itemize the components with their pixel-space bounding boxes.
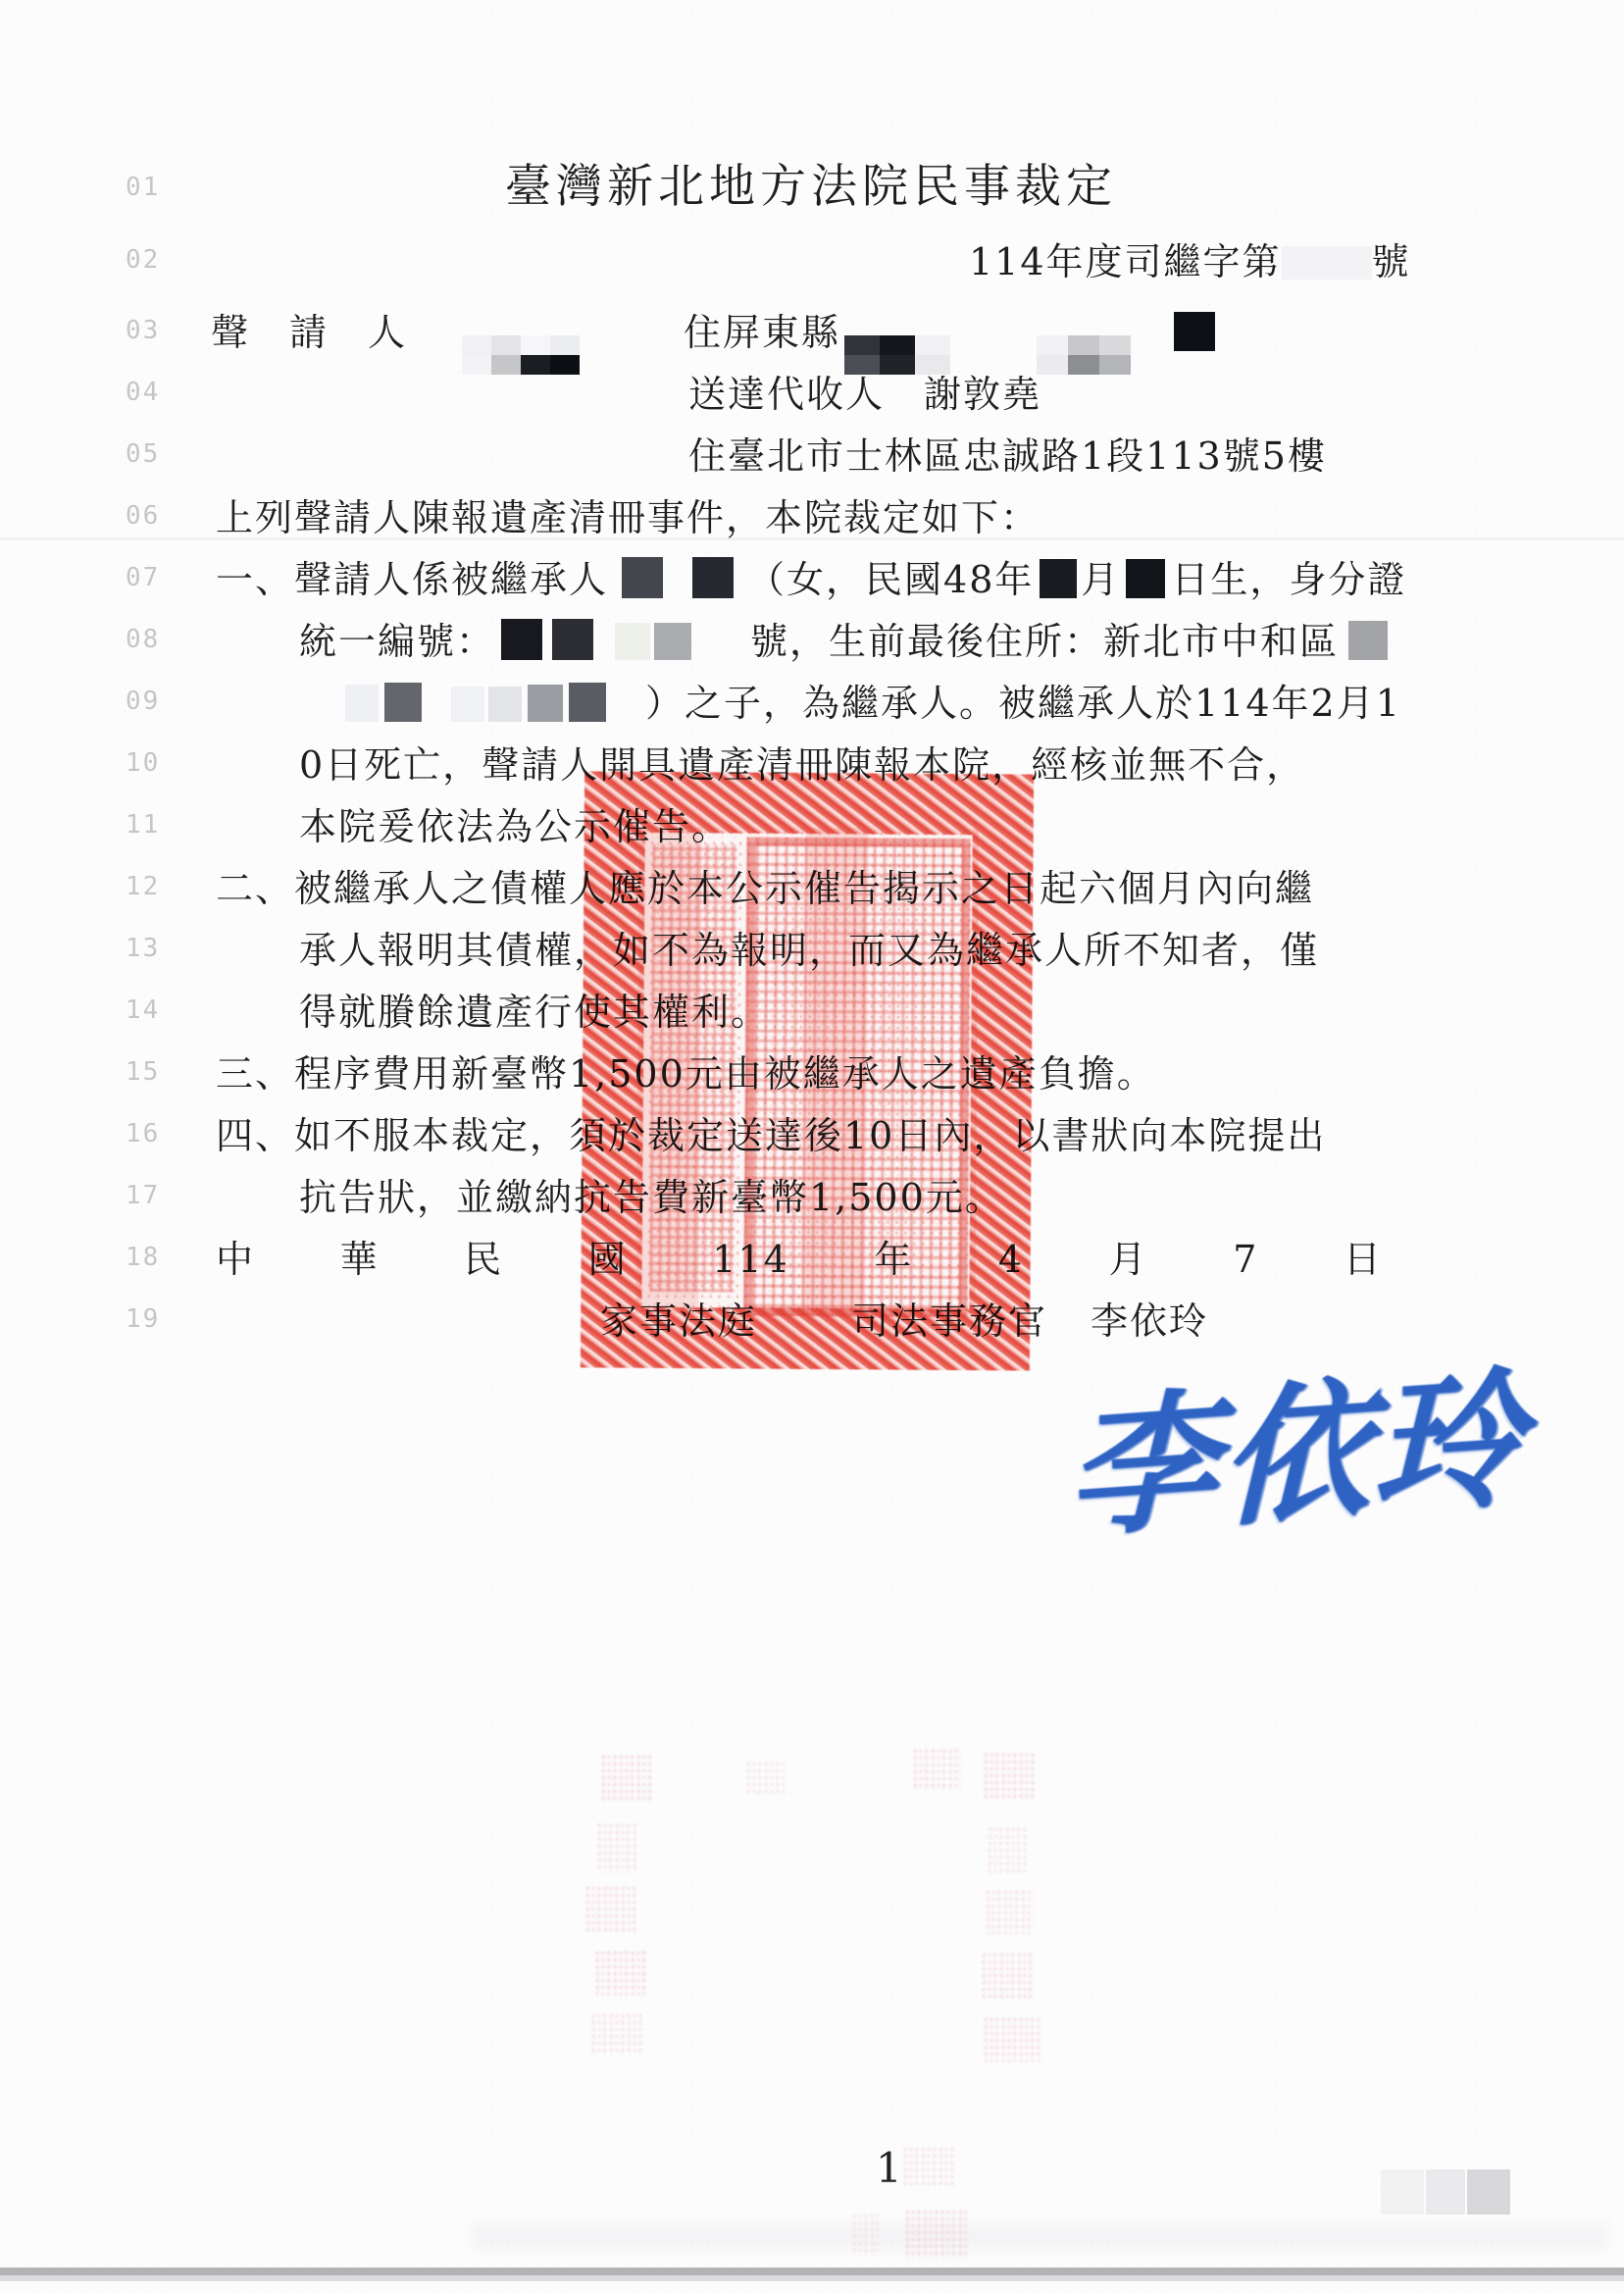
- text-segment: 月: [1081, 558, 1120, 601]
- line-number: 15: [126, 1057, 160, 1087]
- line-number: 08: [126, 625, 160, 654]
- redaction-block: [692, 557, 734, 598]
- line-number: 05: [126, 439, 160, 469]
- line-number: 16: [126, 1119, 160, 1148]
- line-number: 06: [126, 501, 160, 531]
- footer-redaction: [1381, 2169, 1510, 2215]
- scan-edge-line: [0, 2268, 1624, 2275]
- line-number: 12: [126, 872, 160, 901]
- ink-bleed-mark: [985, 1889, 1034, 1934]
- ink-bleed-mark: [983, 2016, 1040, 2062]
- redaction-block: [844, 335, 950, 375]
- line-number: 17: [126, 1181, 160, 1210]
- redaction-block: [451, 687, 484, 722]
- date-char: 民: [464, 1236, 503, 1283]
- case-number-suffix: 號: [1372, 240, 1411, 283]
- redaction-block: [1348, 621, 1388, 660]
- redaction-block: [1426, 2169, 1465, 2215]
- ink-bleed-mark: [912, 1748, 961, 1791]
- ink-bleed-mark: [584, 1885, 637, 1932]
- line-number: 03: [126, 316, 160, 345]
- redaction-block: [569, 683, 606, 722]
- scan-smudge: [471, 2224, 1608, 2250]
- case-number-prefix: 114年度司繼字第: [969, 240, 1282, 283]
- ink-bleed-mark: [902, 2146, 957, 2185]
- court-seal-stamp: [581, 771, 1034, 1370]
- redaction-block: [1381, 2169, 1424, 2215]
- line-number: 13: [126, 934, 160, 963]
- service-agent-line: 送達代收人 謝敦堯: [688, 371, 1041, 418]
- redaction-block: [528, 685, 563, 722]
- seal-inner-box: [743, 838, 970, 1318]
- line-number: 14: [126, 995, 160, 1025]
- ink-bleed-mark: [745, 1760, 785, 1796]
- redaction-block: [622, 557, 663, 598]
- redaction-block: [615, 623, 650, 660]
- redaction-block: [501, 619, 542, 660]
- line-number: 02: [126, 245, 160, 275]
- ruling-item-1-line-3: ）之子，為繼承人。被繼承人於114年2月1: [345, 680, 1401, 727]
- officer-name: 李依玲: [1091, 1300, 1208, 1343]
- text-segment: 號，生前最後住所：新北市中和區: [750, 620, 1339, 663]
- ruling-item-1-line-1: 一、聲請人係被繼承人（女，民國48年月日生，身分證: [216, 556, 1406, 603]
- redaction-block: [488, 687, 522, 722]
- line-number: 04: [126, 378, 160, 407]
- line-number: 07: [126, 563, 160, 592]
- redaction-block: [552, 619, 593, 660]
- document-title: 臺灣新北地方法院民事裁定: [505, 160, 1117, 215]
- ink-bleed-mark: [596, 1822, 639, 1873]
- page-number: 1: [876, 2144, 903, 2192]
- redaction-block: [384, 683, 422, 722]
- seal-script-column: [649, 844, 736, 1293]
- ruling-item-1-line-2: 統一編號：號，生前最後住所：新北市中和區: [299, 618, 1388, 665]
- ink-bleed-mark: [590, 2013, 641, 2056]
- line-number: 10: [126, 748, 160, 778]
- redaction-block: [462, 335, 580, 375]
- case-number-line: 114年度司繼字第號: [969, 238, 1411, 285]
- text-segment: 統一編號：: [299, 620, 495, 663]
- line-number: 11: [126, 810, 160, 840]
- line-number: 01: [126, 173, 160, 202]
- scanned-court-ruling-page: 01 02 03 04 05 06 07 08 09 10 11 12 13 1…: [0, 0, 1624, 2294]
- line-number: 18: [126, 1243, 160, 1272]
- line-number: 19: [126, 1304, 160, 1334]
- ink-bleed-mark: [983, 1752, 1038, 1799]
- redaction-block: [345, 685, 379, 722]
- ruling-preamble-line: 上列聲請人陳報遺產清冊事件，本院裁定如下：: [216, 494, 1040, 541]
- ink-bleed-mark: [987, 1826, 1026, 1873]
- date-char: 華: [340, 1236, 380, 1283]
- date-char: 中: [216, 1236, 255, 1283]
- date-char: 日: [1344, 1236, 1383, 1283]
- ink-bleed-mark: [981, 1952, 1036, 2001]
- redaction-block: [654, 623, 691, 660]
- petitioner-line: 聲 請 人住屏東縣: [211, 309, 1215, 375]
- redaction-block: [1126, 559, 1165, 598]
- redaction-block: [1174, 312, 1215, 351]
- scan-edge-line: [0, 2275, 1624, 2281]
- petitioner-label: 聲 請 人: [211, 311, 407, 354]
- text-segment: ）之子，為繼承人。被繼承人於114年2月1: [645, 682, 1401, 725]
- text-segment: 日生，身分證: [1171, 558, 1406, 601]
- text-segment: （女，民國48年: [747, 558, 1034, 601]
- text-segment: 一、聲請人係被繼承人: [216, 558, 608, 601]
- paper-crease: [0, 537, 1624, 540]
- redaction-block: [1282, 246, 1372, 280]
- ink-bleed-mark: [594, 1950, 649, 1995]
- date-day: 7: [1233, 1236, 1258, 1283]
- redaction-block: [1037, 335, 1131, 375]
- ink-bleed-mark: [600, 1754, 655, 1801]
- redaction-block: [1040, 559, 1077, 598]
- redaction-block: [1467, 2169, 1510, 2215]
- signature-stamp: 李依玲: [1068, 1354, 1526, 1554]
- line-number: 09: [126, 687, 160, 716]
- date-char: 月: [1109, 1236, 1148, 1283]
- agent-address-line: 住臺北市士林區忠誠路1段113號5樓: [688, 433, 1327, 480]
- petitioner-address-prefix: 住屏東縣: [684, 311, 840, 354]
